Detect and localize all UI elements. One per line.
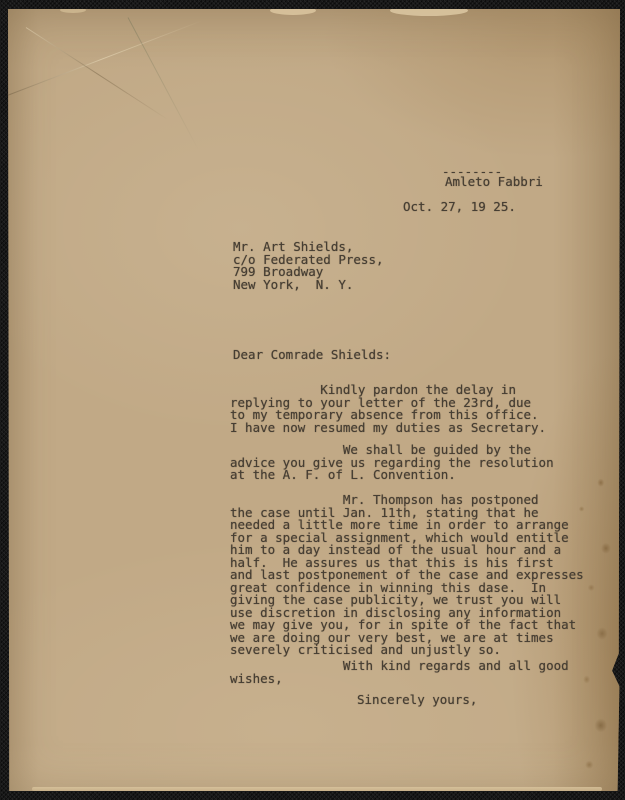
- paragraph-1: Kindly pardon the delay in replying to y…: [230, 384, 546, 434]
- paper-edge-chip: [60, 7, 86, 13]
- photo-background: -------- Amleto Fabbri Oct. 27, 19 25. M…: [0, 0, 625, 800]
- paper-crease: [26, 27, 169, 120]
- paragraph-3: Mr. Thompson has postponed the case unti…: [230, 494, 584, 657]
- paper-bottom-edge: [32, 787, 601, 791]
- paragraph-2: We shall be guided by the advice you giv…: [230, 444, 554, 482]
- paper-edge-chip: [270, 6, 316, 15]
- letter-paper: -------- Amleto Fabbri Oct. 27, 19 25. M…: [8, 9, 620, 791]
- closing-lines: With kind regards and all good wishes,: [230, 660, 569, 685]
- date-line: Oct. 27, 19 25.: [403, 201, 516, 214]
- signoff-line: Sincerely yours,: [357, 694, 477, 707]
- salutation: Dear Comrade Shields:: [233, 349, 391, 362]
- paper-crease: [2, 20, 203, 98]
- paper-crease: [128, 17, 199, 150]
- signature-name: Amleto Fabbri: [445, 176, 543, 189]
- paper-edge-chip: [390, 5, 468, 16]
- recipient-address: Mr. Art Shields, c/o Federated Press, 79…: [233, 241, 384, 291]
